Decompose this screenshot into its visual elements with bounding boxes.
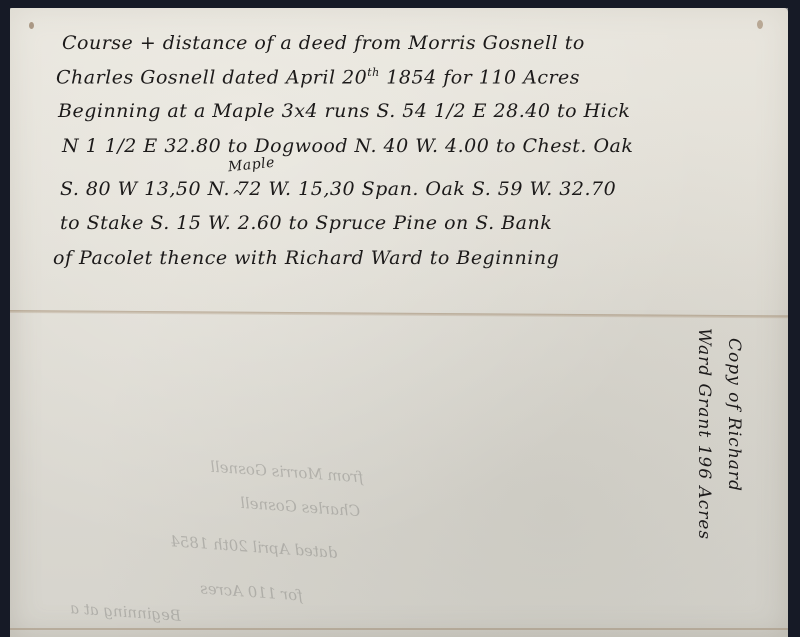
ink-stain <box>29 22 34 29</box>
bleed-through-text: Beginning at a <box>70 599 182 625</box>
text-line: Charles Gosnell dated April 20th 1854 fo… <box>56 66 580 88</box>
text-line: Course + distance of a deed from Morris … <box>62 32 585 54</box>
bleed-through-text: for 110 Acres <box>199 579 303 604</box>
ink-stain <box>757 20 763 29</box>
fold-line <box>10 310 788 318</box>
text-line: of Pacolet thence with Richard Ward to B… <box>53 247 559 269</box>
bottom-crease <box>10 628 788 630</box>
scanned-document: from Morris Gosnell Charles Gosnell date… <box>0 0 800 637</box>
bleed-through-text: from Morris Gosnell <box>210 458 364 487</box>
bleed-through-text: Charles Gosnell <box>240 494 361 520</box>
text-line: S. 80 W 13,50 N. 72 W. 15,30 Span. Oak S… <box>60 178 616 200</box>
text-line: N 1 1/2 E 32.80 to Dogwood N. 40 W. 4.00… <box>62 135 633 157</box>
docket-endorsement: Copy of Richard Ward Grant 196 Acres <box>688 328 758 628</box>
text-line: Beginning at a Maple 3x4 runs S. 54 1/2 … <box>58 100 630 122</box>
bleed-through-text: dated April 20th 1854 <box>170 532 338 562</box>
text-segment: S. 80 W 13,50 <box>60 178 201 200</box>
endorsement-line: Copy of Richard <box>724 338 744 492</box>
text-segment: N. 72 W. 15,30 Span. Oak S. 59 W. 32.70 <box>201 178 616 200</box>
text-segment: 1854 for 110 Acres <box>380 66 580 88</box>
endorsement-line: Ward Grant 196 Acres <box>694 328 714 540</box>
text-line: to Stake S. 15 W. 2.60 to Spruce Pine on… <box>60 212 552 234</box>
text-segment: Charles Gosnell dated April 20 <box>56 66 367 88</box>
ordinal-suffix: th <box>367 66 380 79</box>
